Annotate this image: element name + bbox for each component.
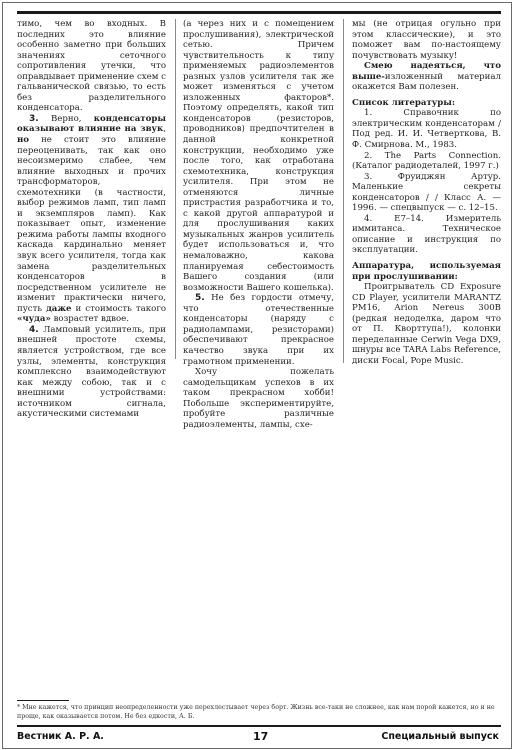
item-number: 3. xyxy=(29,114,39,124)
paragraph: 3. Верно, конденсаторы оказывают влияние… xyxy=(17,114,166,325)
paragraph: тимо, чем во входных. В последних это вл… xyxy=(17,19,166,114)
paragraph: (а через них и с помещением прослушивани… xyxy=(183,19,334,293)
reference-item: 2. The Parts Connection. (Каталог радиод… xyxy=(352,151,501,172)
page-footer: Вестник А. Р. А. 17 Специальный выпуск xyxy=(17,731,499,745)
column-divider xyxy=(175,19,176,359)
page-number: 17 xyxy=(253,730,268,743)
publication-title: Вестник А. Р. А. xyxy=(17,731,104,742)
paragraph: 5. Не без гордости отмечу, что отечестве… xyxy=(183,293,334,367)
reference-item: 4. E7–14. Измеритель иммитанса. Техничес… xyxy=(352,214,501,256)
top-rule xyxy=(17,11,501,14)
paragraph: Хочу пожелать самодельщикам успехов в их… xyxy=(183,367,334,430)
references-heading: Список литературы: xyxy=(352,98,501,109)
paragraph: Смею надеяться, что выше-изложенный мате… xyxy=(352,61,501,93)
issue-label: Специальный выпуск xyxy=(381,731,499,742)
column-2: (а через них и с помещением прослушивани… xyxy=(183,19,334,430)
reference-item: 3. Фруиджян Артур. Маленькие секреты кон… xyxy=(352,172,501,214)
paragraph: мы (не отрицая огульно при этом классиче… xyxy=(352,19,501,61)
document-page: тимо, чем во входных. В последних это вл… xyxy=(2,2,512,749)
bottom-rule xyxy=(17,725,501,727)
item-number: 4. xyxy=(29,325,39,335)
references-list: 1. Справочник по электрическим конденсат… xyxy=(352,108,501,256)
column-3: мы (не отрицая огульно при этом классиче… xyxy=(352,19,501,367)
equipment-text: Проигрыватель CD Exposure CD Player, уси… xyxy=(352,282,501,366)
paragraph: 4. Ламповый усилитель, при внешней прост… xyxy=(17,325,166,420)
reference-item: 1. Справочник по электрическим конденсат… xyxy=(352,108,501,150)
item-number: 5. xyxy=(195,293,205,303)
column-1: тимо, чем во входных. В последних это вл… xyxy=(17,19,166,420)
equipment-heading: Аппаратура, используемая при прослушиван… xyxy=(352,261,501,282)
column-divider xyxy=(343,19,344,363)
footnote-rule xyxy=(17,700,69,701)
footnote: * Мне кажется, что принцип неопределенно… xyxy=(17,704,505,721)
